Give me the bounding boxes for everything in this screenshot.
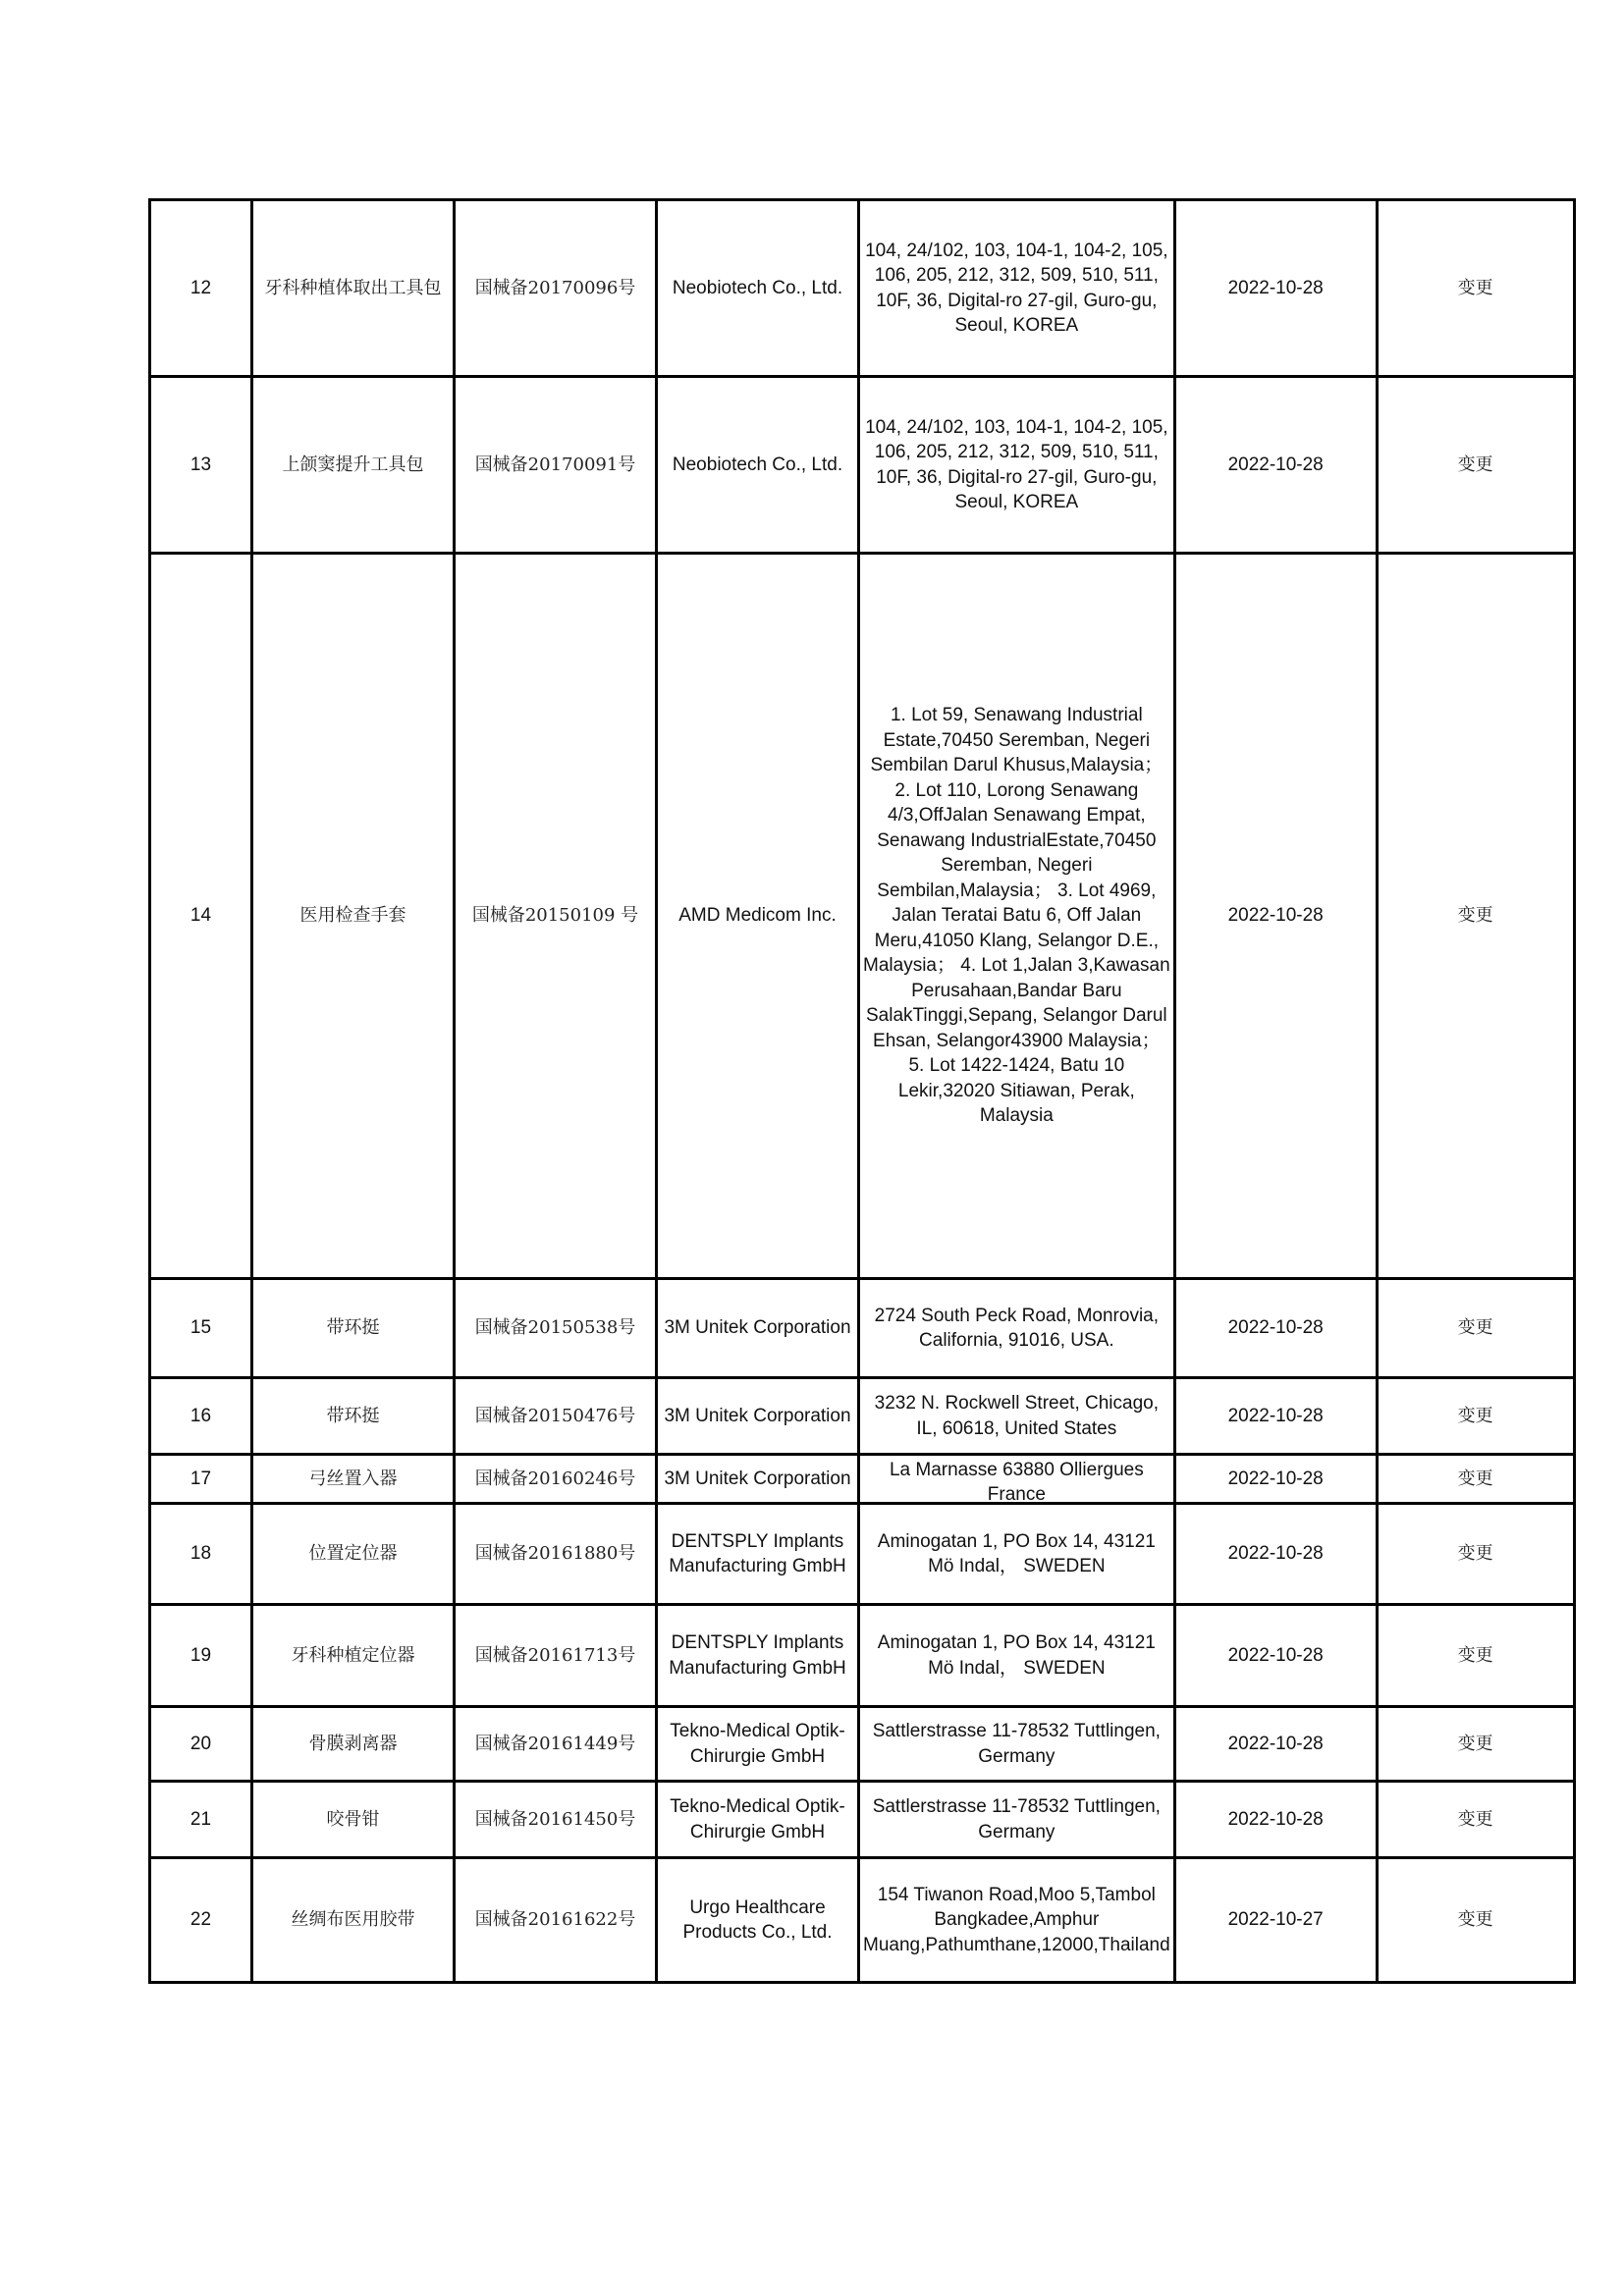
product-name-cell: 牙科种植定位器 — [252, 1605, 455, 1707]
company-address: Aminogatan 1, PO Box 14, 43121 Mö Indal，… — [863, 1630, 1170, 1681]
filing-date-cell: 2022-10-28 — [1174, 1455, 1377, 1504]
change-type: 变更 — [1381, 1807, 1570, 1833]
filing-date-cell: 2022-10-28 — [1174, 1782, 1377, 1858]
row-number: 22 — [154, 1907, 247, 1933]
company-address: 1. Lot 59, Senawang Industrial Estate,70… — [863, 703, 1170, 1129]
company-name-cell: 3M Unitek Corporation — [657, 1455, 859, 1504]
product-name: 位置定位器 — [256, 1541, 450, 1567]
product-name: 弓丝置入器 — [256, 1467, 450, 1492]
filing-date-cell: 2022-10-28 — [1174, 1279, 1377, 1378]
change-type: 变更 — [1381, 1404, 1570, 1429]
filing-records-table: 12牙科种植体取出工具包国械备20170096号Neobiotech Co., … — [148, 198, 1576, 1984]
product-name: 牙科种植定位器 — [256, 1643, 450, 1669]
product-name: 带环挺 — [256, 1404, 450, 1429]
company-address-cell: Aminogatan 1, PO Box 14, 43121 Mö Indal，… — [859, 1605, 1175, 1707]
row-number-cell: 20 — [150, 1707, 252, 1782]
product-name: 带环挺 — [256, 1315, 450, 1341]
registration-number-cell: 国械备20170096号 — [455, 200, 657, 377]
filing-date-cell: 2022-10-28 — [1174, 1605, 1377, 1707]
company-name-cell: Tekno-Medical Optik-Chirurgie GmbH — [657, 1782, 859, 1858]
company-name-cell: DENTSPLY Implants Manufacturing GmbH — [657, 1605, 859, 1707]
filing-date: 2022-10-28 — [1179, 1404, 1373, 1429]
product-name: 咬骨钳 — [256, 1807, 450, 1833]
company-address-cell: Sattlerstrasse 11-78532 Tuttlingen, Germ… — [859, 1707, 1175, 1782]
company-address-cell: 2724 South Peck Road, Monrovia, Californ… — [859, 1279, 1175, 1378]
change-type: 变更 — [1381, 1643, 1570, 1669]
change-type-cell: 变更 — [1377, 1378, 1574, 1455]
row-number-cell: 21 — [150, 1782, 252, 1858]
registration-number-cell: 国械备20161450号 — [455, 1782, 657, 1858]
registration-number: 国械备20170096号 — [459, 276, 652, 301]
row-number-cell: 17 — [150, 1455, 252, 1504]
row-number: 12 — [154, 276, 247, 301]
company-name-cell: 3M Unitek Corporation — [657, 1279, 859, 1378]
change-type: 变更 — [1381, 453, 1570, 478]
change-type-cell: 变更 — [1377, 1605, 1574, 1707]
row-number: 16 — [154, 1404, 247, 1429]
registration-number-cell: 国械备20161880号 — [455, 1504, 657, 1605]
company-address-cell: La Marnasse 63880 Olliergues France — [859, 1455, 1175, 1504]
registration-number: 国械备20161450号 — [459, 1807, 652, 1833]
change-type: 变更 — [1381, 903, 1570, 929]
company-name: DENTSPLY Implants Manufacturing GmbH — [661, 1529, 854, 1579]
table-row: 12牙科种植体取出工具包国械备20170096号Neobiotech Co., … — [150, 200, 1575, 377]
change-type-cell: 变更 — [1377, 377, 1574, 554]
change-type: 变更 — [1381, 1541, 1570, 1567]
product-name: 医用检查手套 — [256, 903, 450, 929]
registration-number-cell: 国械备20161713号 — [455, 1605, 657, 1707]
change-type: 变更 — [1381, 276, 1570, 301]
filing-date: 2022-10-28 — [1179, 276, 1373, 301]
product-name-cell: 位置定位器 — [252, 1504, 455, 1605]
product-name: 丝绸布医用胶带 — [256, 1907, 450, 1933]
company-name: AMD Medicom Inc. — [661, 903, 854, 929]
table-body: 12牙科种植体取出工具包国械备20170096号Neobiotech Co., … — [150, 200, 1575, 1983]
change-type: 变更 — [1381, 1467, 1570, 1492]
row-number-cell: 22 — [150, 1858, 252, 1983]
row-number-cell: 14 — [150, 554, 252, 1279]
row-number: 13 — [154, 453, 247, 478]
product-name-cell: 带环挺 — [252, 1378, 455, 1455]
registration-number: 国械备20161449号 — [459, 1732, 652, 1757]
filing-date: 2022-10-28 — [1179, 1541, 1373, 1567]
row-number-cell: 13 — [150, 377, 252, 554]
row-number: 19 — [154, 1643, 247, 1669]
company-address: 154 Tiwanon Road,Moo 5,Tambol Bangkadee,… — [863, 1883, 1170, 1958]
filing-date-cell: 2022-10-28 — [1174, 200, 1377, 377]
registration-number-cell: 国械备20150109 号 — [455, 554, 657, 1279]
filing-date-cell: 2022-10-28 — [1174, 1378, 1377, 1455]
filing-date-cell: 2022-10-28 — [1174, 554, 1377, 1279]
registration-number-cell: 国械备20161449号 — [455, 1707, 657, 1782]
company-name-cell: AMD Medicom Inc. — [657, 554, 859, 1279]
company-name: 3M Unitek Corporation — [661, 1315, 854, 1341]
company-address-cell: 1. Lot 59, Senawang Industrial Estate,70… — [859, 554, 1175, 1279]
change-type-cell: 变更 — [1377, 200, 1574, 377]
table-row: 18位置定位器国械备20161880号DENTSPLY Implants Man… — [150, 1504, 1575, 1605]
filing-date: 2022-10-27 — [1179, 1907, 1373, 1933]
product-name: 牙科种植体取出工具包 — [256, 276, 450, 301]
registration-number: 国械备20150538号 — [459, 1315, 652, 1341]
registration-number: 国械备20161880号 — [459, 1541, 652, 1567]
product-name-cell: 弓丝置入器 — [252, 1455, 455, 1504]
filing-date: 2022-10-28 — [1179, 453, 1373, 478]
company-name-cell: DENTSPLY Implants Manufacturing GmbH — [657, 1504, 859, 1605]
row-number: 15 — [154, 1315, 247, 1341]
change-type-cell: 变更 — [1377, 1504, 1574, 1605]
filing-date: 2022-10-28 — [1179, 1643, 1373, 1669]
registration-number: 国械备20161622号 — [459, 1907, 652, 1933]
change-type-cell: 变更 — [1377, 1707, 1574, 1782]
registration-number: 国械备20150109 号 — [459, 903, 652, 929]
table-row: 21咬骨钳国械备20161450号Tekno-Medical Optik-Chi… — [150, 1782, 1575, 1858]
company-name-cell: Tekno-Medical Optik-Chirurgie GmbH — [657, 1707, 859, 1782]
company-address: La Marnasse 63880 Olliergues France — [863, 1458, 1170, 1501]
product-name-cell: 咬骨钳 — [252, 1782, 455, 1858]
company-address: 3232 N. Rockwell Street, Chicago, IL, 60… — [863, 1391, 1170, 1441]
company-address-cell: 3232 N. Rockwell Street, Chicago, IL, 60… — [859, 1378, 1175, 1455]
product-name: 骨膜剥离器 — [256, 1732, 450, 1757]
registration-number-cell: 国械备20150538号 — [455, 1279, 657, 1378]
filing-date-cell: 2022-10-27 — [1174, 1858, 1377, 1983]
company-name: Urgo Healthcare Products Co., Ltd. — [661, 1896, 854, 1946]
change-type-cell: 变更 — [1377, 1455, 1574, 1504]
company-name: Tekno-Medical Optik-Chirurgie GmbH — [661, 1719, 854, 1769]
table-row: 14医用检查手套国械备20150109 号AMD Medicom Inc.1. … — [150, 554, 1575, 1279]
table-row: 22丝绸布医用胶带国械备20161622号Urgo Healthcare Pro… — [150, 1858, 1575, 1983]
filing-date-cell: 2022-10-28 — [1174, 377, 1377, 554]
company-address: 104, 24/102, 103, 104-1, 104-2, 105, 106… — [863, 415, 1170, 515]
company-name: Tekno-Medical Optik-Chirurgie GmbH — [661, 1794, 854, 1844]
filing-date: 2022-10-28 — [1179, 1315, 1373, 1341]
row-number: 21 — [154, 1807, 247, 1833]
product-name-cell: 丝绸布医用胶带 — [252, 1858, 455, 1983]
table-row: 15带环挺国械备20150538号3M Unitek Corporation27… — [150, 1279, 1575, 1378]
company-address: Aminogatan 1, PO Box 14, 43121 Mö Indal，… — [863, 1529, 1170, 1579]
company-address: 104, 24/102, 103, 104-1, 104-2, 105, 106… — [863, 239, 1170, 339]
registration-number: 国械备20150476号 — [459, 1404, 652, 1429]
change-type-cell: 变更 — [1377, 554, 1574, 1279]
company-address: Sattlerstrasse 11-78532 Tuttlingen, Germ… — [863, 1794, 1170, 1844]
company-name: Neobiotech Co., Ltd. — [661, 453, 854, 478]
row-number: 14 — [154, 903, 247, 929]
filing-date: 2022-10-28 — [1179, 1732, 1373, 1757]
change-type: 变更 — [1381, 1907, 1570, 1933]
row-number-cell: 19 — [150, 1605, 252, 1707]
change-type-cell: 变更 — [1377, 1858, 1574, 1983]
change-type: 变更 — [1381, 1732, 1570, 1757]
row-number: 17 — [154, 1467, 247, 1492]
company-name: 3M Unitek Corporation — [661, 1467, 854, 1492]
filing-date-cell: 2022-10-28 — [1174, 1504, 1377, 1605]
filing-date: 2022-10-28 — [1179, 1807, 1373, 1833]
company-address-cell: Sattlerstrasse 11-78532 Tuttlingen, Germ… — [859, 1782, 1175, 1858]
filing-date-cell: 2022-10-28 — [1174, 1707, 1377, 1782]
row-number-cell: 18 — [150, 1504, 252, 1605]
registration-number: 国械备20161713号 — [459, 1643, 652, 1669]
registration-number: 国械备20170091号 — [459, 453, 652, 478]
company-name: DENTSPLY Implants Manufacturing GmbH — [661, 1630, 854, 1681]
company-name: Neobiotech Co., Ltd. — [661, 276, 854, 301]
table-row: 16带环挺国械备20150476号3M Unitek Corporation32… — [150, 1378, 1575, 1455]
filing-date: 2022-10-28 — [1179, 1467, 1373, 1492]
product-name: 上颌窦提升工具包 — [256, 453, 450, 478]
registration-number-cell: 国械备20150476号 — [455, 1378, 657, 1455]
registration-number-cell: 国械备20170091号 — [455, 377, 657, 554]
product-name-cell: 带环挺 — [252, 1279, 455, 1378]
company-address: Sattlerstrasse 11-78532 Tuttlingen, Germ… — [863, 1719, 1170, 1769]
company-name-cell: 3M Unitek Corporation — [657, 1378, 859, 1455]
change-type-cell: 变更 — [1377, 1279, 1574, 1378]
filing-date: 2022-10-28 — [1179, 903, 1373, 929]
product-name-cell: 医用检查手套 — [252, 554, 455, 1279]
company-address-cell: 154 Tiwanon Road,Moo 5,Tambol Bangkadee,… — [859, 1858, 1175, 1983]
registration-number: 国械备20160246号 — [459, 1467, 652, 1492]
table-row: 13上颌窦提升工具包国械备20170091号Neobiotech Co., Lt… — [150, 377, 1575, 554]
change-type-cell: 变更 — [1377, 1782, 1574, 1858]
table-row: 20骨膜剥离器国械备20161449号Tekno-Medical Optik-C… — [150, 1707, 1575, 1782]
company-name-cell: Urgo Healthcare Products Co., Ltd. — [657, 1858, 859, 1983]
row-number: 20 — [154, 1732, 247, 1757]
company-name: 3M Unitek Corporation — [661, 1404, 854, 1429]
row-number-cell: 12 — [150, 200, 252, 377]
row-number-cell: 16 — [150, 1378, 252, 1455]
product-name-cell: 骨膜剥离器 — [252, 1707, 455, 1782]
company-address-cell: 104, 24/102, 103, 104-1, 104-2, 105, 106… — [859, 200, 1175, 377]
company-address-cell: 104, 24/102, 103, 104-1, 104-2, 105, 106… — [859, 377, 1175, 554]
table-row: 19牙科种植定位器国械备20161713号DENTSPLY Implants M… — [150, 1605, 1575, 1707]
company-name-cell: Neobiotech Co., Ltd. — [657, 200, 859, 377]
row-number-cell: 15 — [150, 1279, 252, 1378]
company-address-cell: Aminogatan 1, PO Box 14, 43121 Mö Indal，… — [859, 1504, 1175, 1605]
row-number: 18 — [154, 1541, 247, 1567]
table-row: 17弓丝置入器国械备20160246号3M Unitek Corporation… — [150, 1455, 1575, 1504]
registration-number-cell: 国械备20161622号 — [455, 1858, 657, 1983]
product-name-cell: 上颌窦提升工具包 — [252, 377, 455, 554]
company-name-cell: Neobiotech Co., Ltd. — [657, 377, 859, 554]
product-name-cell: 牙科种植体取出工具包 — [252, 200, 455, 377]
registration-number-cell: 国械备20160246号 — [455, 1455, 657, 1504]
company-address: 2724 South Peck Road, Monrovia, Californ… — [863, 1304, 1170, 1354]
change-type: 变更 — [1381, 1315, 1570, 1341]
